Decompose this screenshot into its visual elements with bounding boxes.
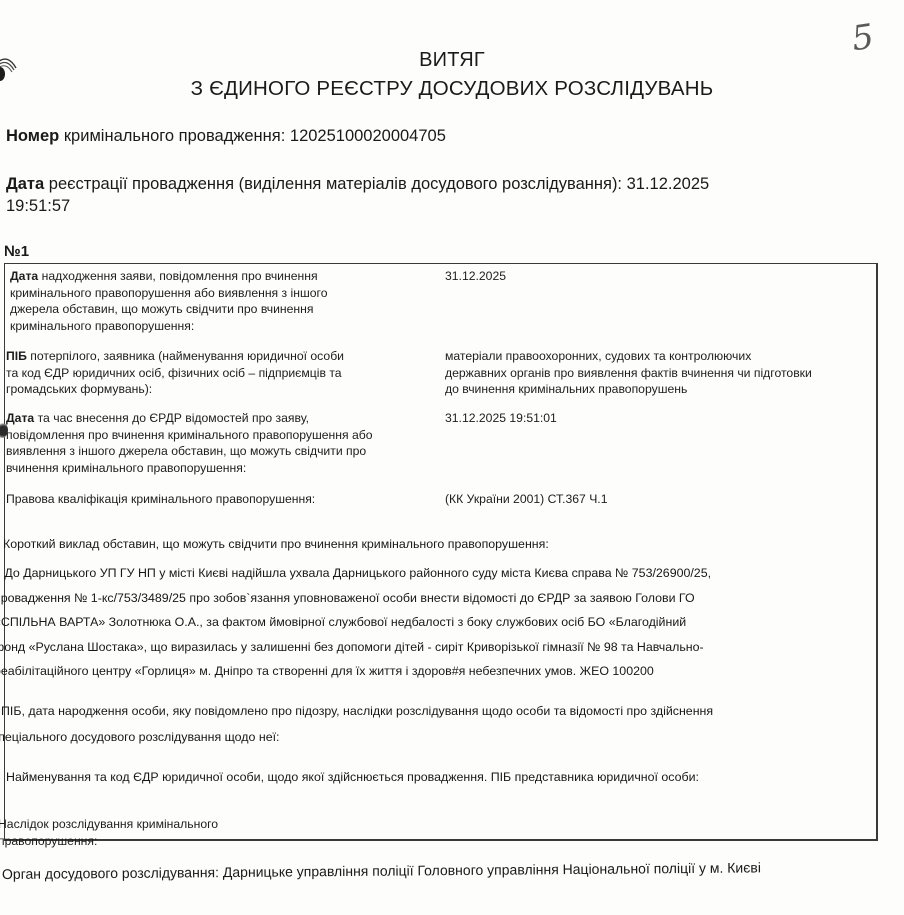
legal-qualification-value: (КК України 2001) СТ.367 Ч.1 (445, 491, 607, 508)
label-line: Наслідок розслідування кримінального (0, 816, 218, 833)
label-line: виявлення з іншого джерела обставин, що … (6, 443, 373, 460)
receipt-date-value: 31.12.2025 (445, 268, 506, 285)
value-line: до вчинення кримінальних правопорушень (445, 381, 812, 398)
summary-line: реабілітаційного центру «Горлиця» м. Дні… (0, 659, 711, 684)
legal-entity-label: Найменування та код ЄДР юридичної особи,… (6, 765, 699, 790)
document-title: ВИТЯГ (0, 49, 904, 72)
registration-date-label: реєстрації провадження (виділення матері… (44, 175, 626, 193)
registration-date-value: 31.12.2025 (627, 175, 710, 193)
registration-date-label-bold: Дата (6, 175, 44, 193)
summary-line: фонд «Руслана Шостака», що виразилась у … (0, 635, 711, 660)
suspect-info-label: ПІБ, дата народження особи, яку повідомл… (0, 698, 713, 750)
document-subtitle: З ЄДИНОГО РЕЄСТРУ ДОСУДОВИХ РОЗСЛІДУВАНЬ (0, 77, 904, 101)
case-number-value: 12025100020004705 (290, 127, 446, 145)
registration-date-line: Дата реєстрації провадження (виділення м… (6, 175, 709, 194)
summary-line: «СПІЛЬНА ВАРТА» Золотнюка О.А., за факто… (0, 610, 711, 635)
label-line: та час внесення до ЄРДР відомостей про з… (34, 411, 309, 425)
entry-number: №1 (4, 243, 29, 260)
investigation-result-label: Наслідок розслідування кримінального пра… (0, 816, 218, 850)
case-number-label-bold: Номер (6, 127, 59, 145)
legal-qualification-label: Правова кваліфікація кримінального право… (6, 491, 315, 508)
summary-line: провадження № 1-кс/753/3489/25 про зобов… (0, 586, 711, 611)
erdr-entry-date-value: 31.12.2025 19:51:01 (445, 410, 557, 427)
label-line: громадських формувань): (6, 381, 344, 398)
label-line: вчинення кримінального правопорушення: (6, 460, 373, 477)
registration-time-value: 19:51:57 (6, 197, 70, 216)
label-bold: Дата (10, 269, 38, 283)
summary-label: Короткий виклад обставин, що можуть свід… (3, 532, 549, 557)
label-line: кримінального правопорушення або виявлен… (10, 285, 327, 302)
value-line: державних органів про виявлення фактів в… (445, 365, 812, 382)
label-bold: Дата (6, 411, 34, 425)
label-line: потерпілого, заявника (найменування юрид… (27, 349, 344, 363)
receipt-date-label: Дата надходження заяви, повідомлення про… (10, 268, 327, 334)
investigation-body-line: Орган досудового розслідування: Дарницьк… (2, 859, 761, 882)
victim-name-value: матеріали правоохоронних, судових та кон… (445, 348, 812, 398)
erdr-entry-date-label: Дата та час внесення до ЄРДР відомостей … (6, 410, 373, 476)
summary-text: До Дарницького УП ГУ НП у місті Києві на… (0, 561, 711, 684)
value-line: матеріали правоохоронних, судових та кон… (445, 348, 812, 365)
label-line: надходження заяви, повідомлення про вчин… (38, 269, 317, 283)
label-line: повідомлення про вчинення кримінального … (6, 427, 373, 444)
label-line: ПІБ, дата народження особи, яку повідомл… (0, 698, 713, 724)
case-number-label: кримінального провадження: (59, 127, 290, 145)
label-line: правопорушення: (0, 833, 218, 850)
victim-name-label: ПІБ потерпілого, заявника (найменування … (6, 348, 344, 398)
label-line: кримінального правопорушення: (10, 318, 327, 335)
label-line: спеціального досудового розслідування що… (0, 724, 713, 750)
label-line: та код ЄДР юридичних осіб, фізичних осіб… (6, 365, 344, 382)
case-number-line: Номер кримінального провадження: 1202510… (6, 127, 446, 146)
summary-line: До Дарницького УП ГУ НП у місті Києві на… (0, 561, 711, 586)
label-line: джерела обставин, що можуть свідчити про… (10, 301, 327, 318)
label-bold: ПІБ (6, 349, 27, 363)
